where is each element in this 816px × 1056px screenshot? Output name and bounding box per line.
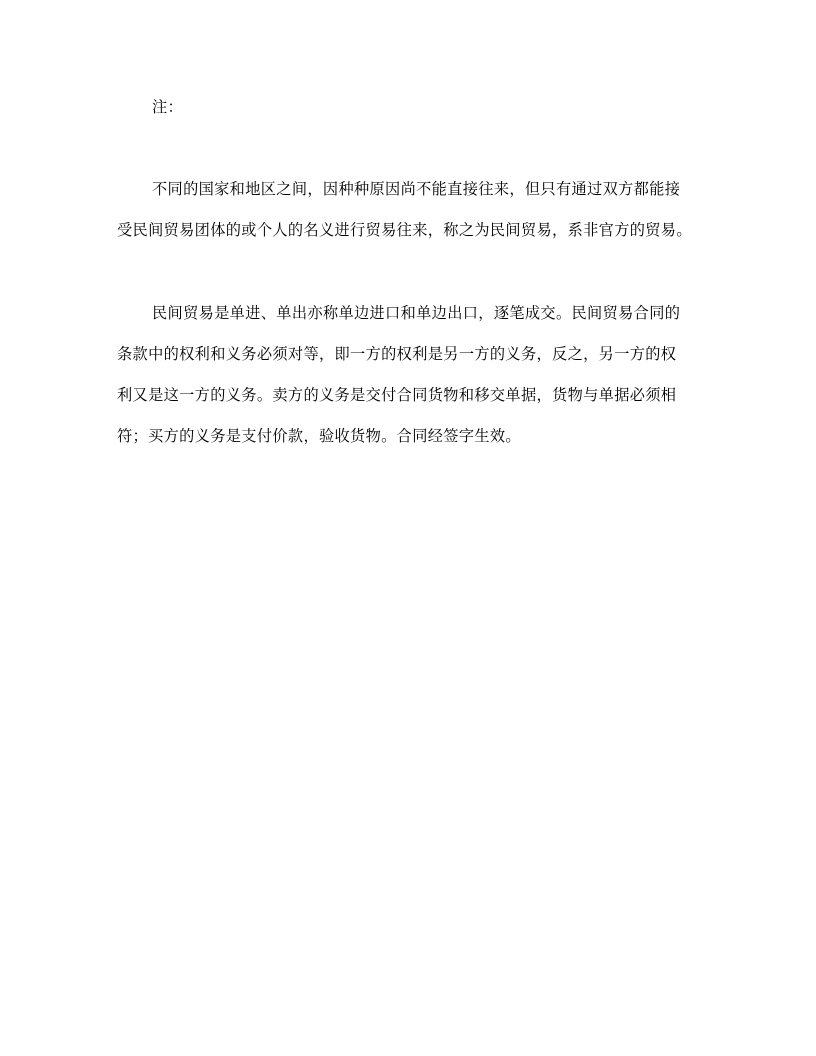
note-label: 注：: [152, 97, 183, 117]
paragraph-line: 不同的国家和地区之间，因种种原因尚不能直接往来，但只有通过双方都能接: [152, 179, 680, 199]
paragraph-line: 受民间贸易团体的或个人的名义进行贸易往来，称之为民间贸易，系非官方的贸易。: [117, 220, 692, 240]
paragraph-line: 条款中的权利和义务必须对等，即一方的权利是另一方的义务，反之，另一方的权: [117, 344, 676, 364]
paragraph-line: 民间贸易是单进、单出亦称单边进口和单边出口，逐笔成交。民间贸易合同的: [152, 303, 680, 323]
paragraph-line: 符；买方的义务是支付价款，验收货物。合同经签字生效。: [117, 426, 521, 446]
paragraph-line: 利又是这一方的义务。卖方的义务是交付合同货物和移交单据，货物与单据必须相: [117, 385, 676, 405]
